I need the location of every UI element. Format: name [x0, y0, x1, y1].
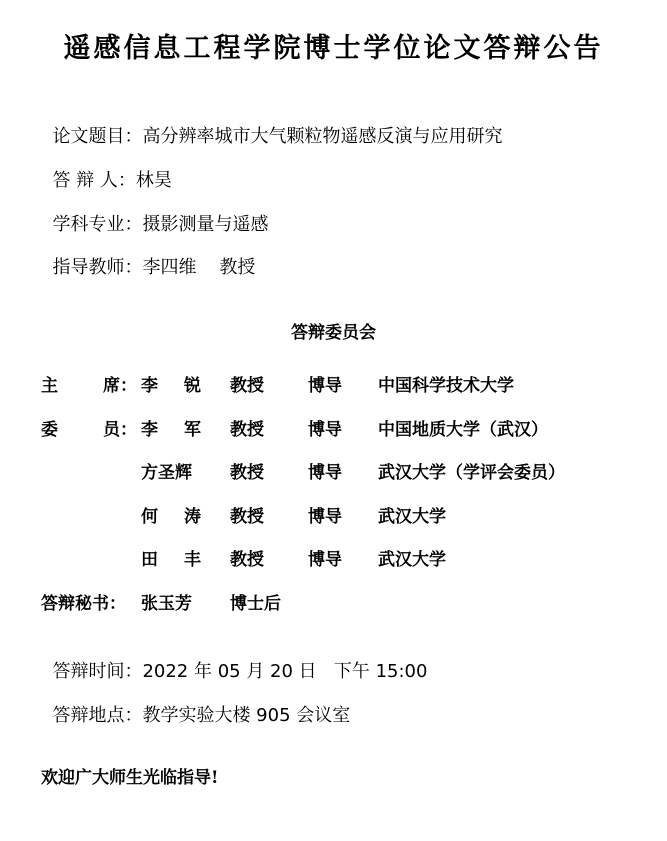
member-org: 武汉大学 [378, 548, 446, 572]
committee-member-row: 田 丰 教授 博导 武汉大学 [41, 548, 53, 572]
secretary-name: 张玉芳 [141, 592, 192, 616]
member-name-char2: 锐 [184, 374, 201, 398]
member-org: 武汉大学 [378, 505, 446, 529]
advisor-label: 指导教师： [52, 257, 142, 278]
candidate-value: 林昊 [136, 170, 172, 191]
committee-member-row: 方圣辉 教授 博导 武汉大学（学评会委员） [41, 461, 53, 485]
closing-invitation: 欢迎广大师生光临指导! [41, 766, 218, 790]
member-supervisor: 博导 [308, 461, 342, 485]
member-role-char1: 主 [41, 374, 58, 398]
defense-place-label: 答辩地点： [52, 705, 142, 726]
member-rank: 教授 [230, 548, 264, 572]
member-rank: 教授 [230, 418, 264, 442]
member-rank: 教授 [230, 505, 264, 529]
member-name-char1: 田 [141, 548, 158, 572]
member-supervisor: 博导 [308, 548, 342, 572]
defense-place-line: 答辩地点：教学实验大楼 905 会议室 [41, 680, 350, 728]
member-rank: 教授 [230, 374, 264, 398]
advisor-value: 李四维 教授 [142, 257, 255, 278]
member-name-char2: 涛 [184, 505, 201, 529]
member-org: 中国地质大学（武汉） [378, 418, 548, 442]
candidate-label: 答 辩 人： [52, 170, 135, 191]
secretary-row: 答辩秘书： 张玉芳 博士后 [41, 592, 53, 616]
major-line: 学科专业：摄影测量与遥感 [41, 189, 268, 237]
advisor-line: 指导教师：李四维 教授 [41, 232, 255, 280]
member-role-char1: 委 [41, 418, 58, 442]
defense-place-value: 教学实验大楼 905 会议室 [142, 705, 350, 726]
secretary-label: 答辩秘书： [41, 592, 126, 616]
defense-time-line: 答辩时间：2022 年 05 月 20 日 下午 15:00 [41, 636, 427, 684]
thesis-title-value: 高分辨率城市大气颗粒物遥感反演与应用研究 [142, 126, 502, 147]
committee-heading: 答辩委员会 [0, 318, 667, 343]
defense-time-label: 答辩时间： [52, 661, 142, 682]
member-name-char1: 李 [141, 374, 158, 398]
member-name-char1: 李 [141, 418, 158, 442]
thesis-title-label: 论文题目： [52, 126, 142, 147]
member-name-char1: 何 [141, 505, 158, 529]
member-name-char2: 丰 [184, 548, 201, 572]
committee-member-row: 委 员： 李 军 教授 博导 中国地质大学（武汉） [41, 418, 53, 442]
member-name-char2: 军 [184, 418, 201, 442]
member-org: 武汉大学（学评会委员） [378, 461, 565, 485]
thesis-title-line: 论文题目：高分辨率城市大气颗粒物遥感反演与应用研究 [41, 101, 502, 149]
member-rank: 教授 [230, 461, 264, 485]
member-supervisor: 博导 [308, 374, 342, 398]
committee-member-row: 主 席： 李 锐 教授 博导 中国科学技术大学 [41, 374, 53, 398]
defense-time-value: 2022 年 05 月 20 日 下午 15:00 [142, 661, 427, 682]
member-supervisor: 博导 [308, 418, 342, 442]
member-name: 方圣辉 [141, 461, 192, 485]
member-role-char2: 员： [103, 418, 137, 442]
secretary-title: 博士后 [230, 592, 281, 616]
member-org: 中国科学技术大学 [378, 374, 514, 398]
member-supervisor: 博导 [308, 505, 342, 529]
member-role-char2: 席： [103, 374, 137, 398]
announcement-title: 遥感信息工程学院博士学位论文答辩公告 [0, 26, 667, 65]
committee-member-row: 何 涛 教授 博导 武汉大学 [41, 505, 53, 529]
candidate-line: 答 辩 人：林昊 [41, 145, 172, 193]
